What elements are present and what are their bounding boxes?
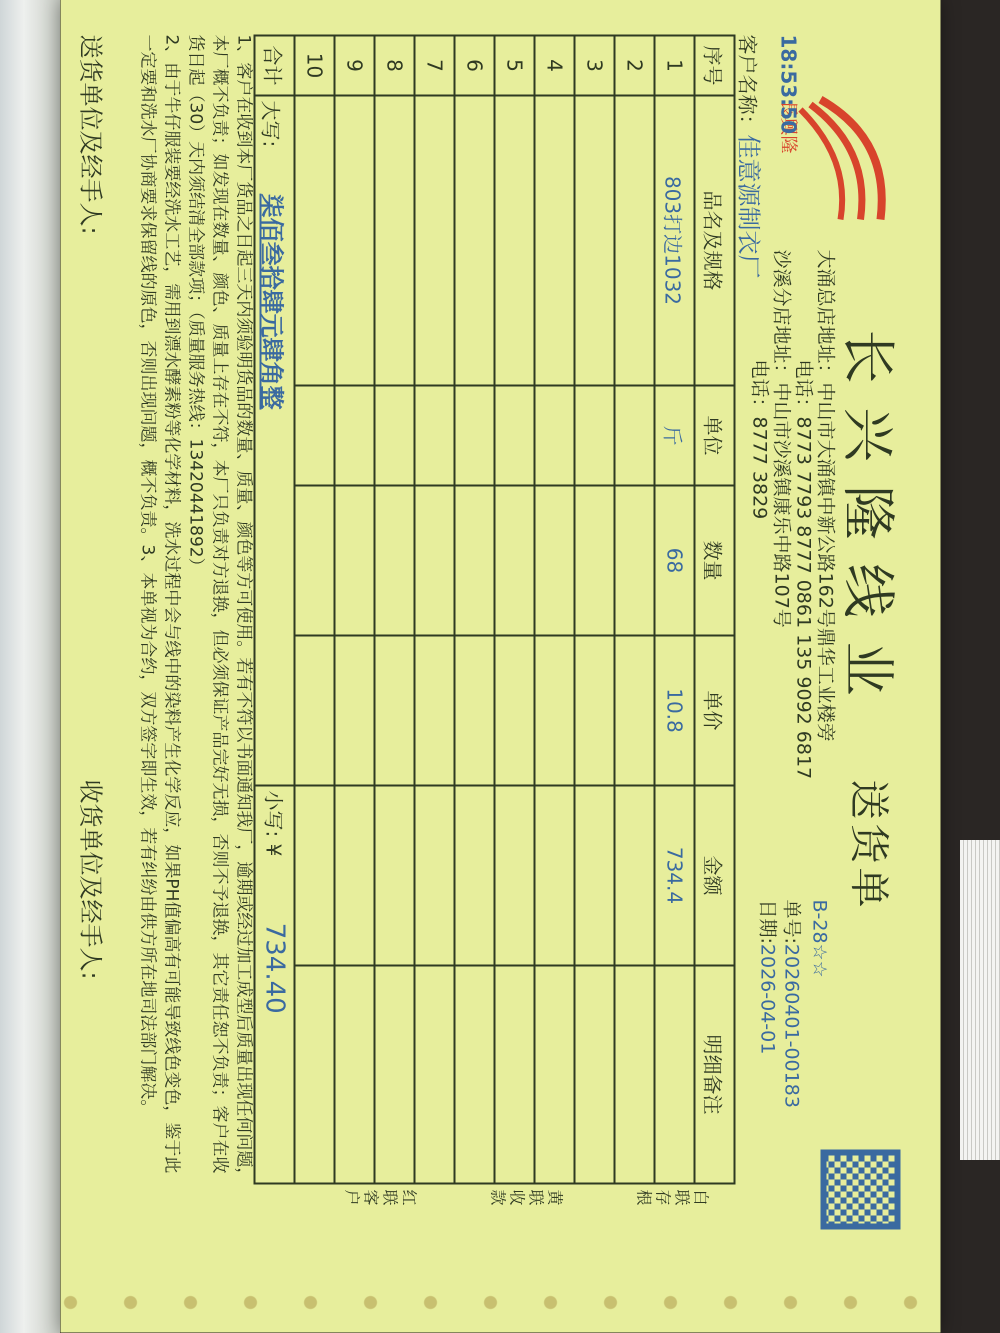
paper-stack-left [0, 0, 60, 1333]
table-row: 3 [575, 36, 615, 1184]
items-table: 序号 品名及规格 单位 数量 单价 金额 明细备注 1803打边1032斤681… [254, 35, 736, 1185]
copy-labels: 白联存根 黄联收款 红联客户 [343, 1190, 711, 1212]
company-name: 长兴隆线业 [834, 330, 911, 720]
table-header-row: 序号 品名及规格 单位 数量 单价 金额 明细备注 [695, 36, 735, 1184]
receiver-signature-label: 收货单位及经手人: [76, 780, 111, 980]
table-row: 7 [415, 36, 455, 1184]
print-time: 18:53:50 [777, 35, 801, 135]
total-row: 合计 大写: 柒佰叁拾肆元肆角整 小写: ¥ 734.40 [255, 36, 295, 1184]
branch-phone: 电话：8777 3829 [748, 360, 775, 520]
paper-stack-right [960, 840, 1000, 1160]
form-code: B-28☆☆ [809, 900, 831, 978]
total-upper: 大写: 柒佰叁拾肆元肆角整 [255, 96, 295, 786]
sender-signature-label: 送货单位及经手人: [76, 35, 111, 235]
customer-name: 客户名称：佳意源制衣厂 [734, 35, 769, 279]
delivery-note: 長興隆 长兴隆线业 送货单 大涌总店地址：中山市大涌镇中新公路162号鼎华工业楼… [61, 0, 941, 1333]
total-lower: 小写: ¥ 734.40 [255, 786, 295, 1184]
table-row: 1803打边1032斤6810.8734.4 [655, 36, 695, 1184]
terms-text: 1、客户在收到本厂货品之日起三天内须验明货品的数量、质量、颜色等方可使用。若有不… [136, 35, 256, 1185]
table-row: 6 [455, 36, 495, 1184]
table-row: 5 [495, 36, 535, 1184]
qr-code [821, 1150, 901, 1230]
perforation-holes [61, 1293, 941, 1313]
order-date: 日期:2026-04-01 [756, 900, 783, 1055]
table-row: 2 [615, 36, 655, 1184]
table-row: 8 [375, 36, 415, 1184]
order-number: 单号:20260401-00183 [780, 900, 807, 1108]
table-row: 9 [335, 36, 375, 1184]
table-row: 10 [295, 36, 335, 1184]
table-row: 4 [535, 36, 575, 1184]
document-type: 送货单 [844, 780, 901, 912]
